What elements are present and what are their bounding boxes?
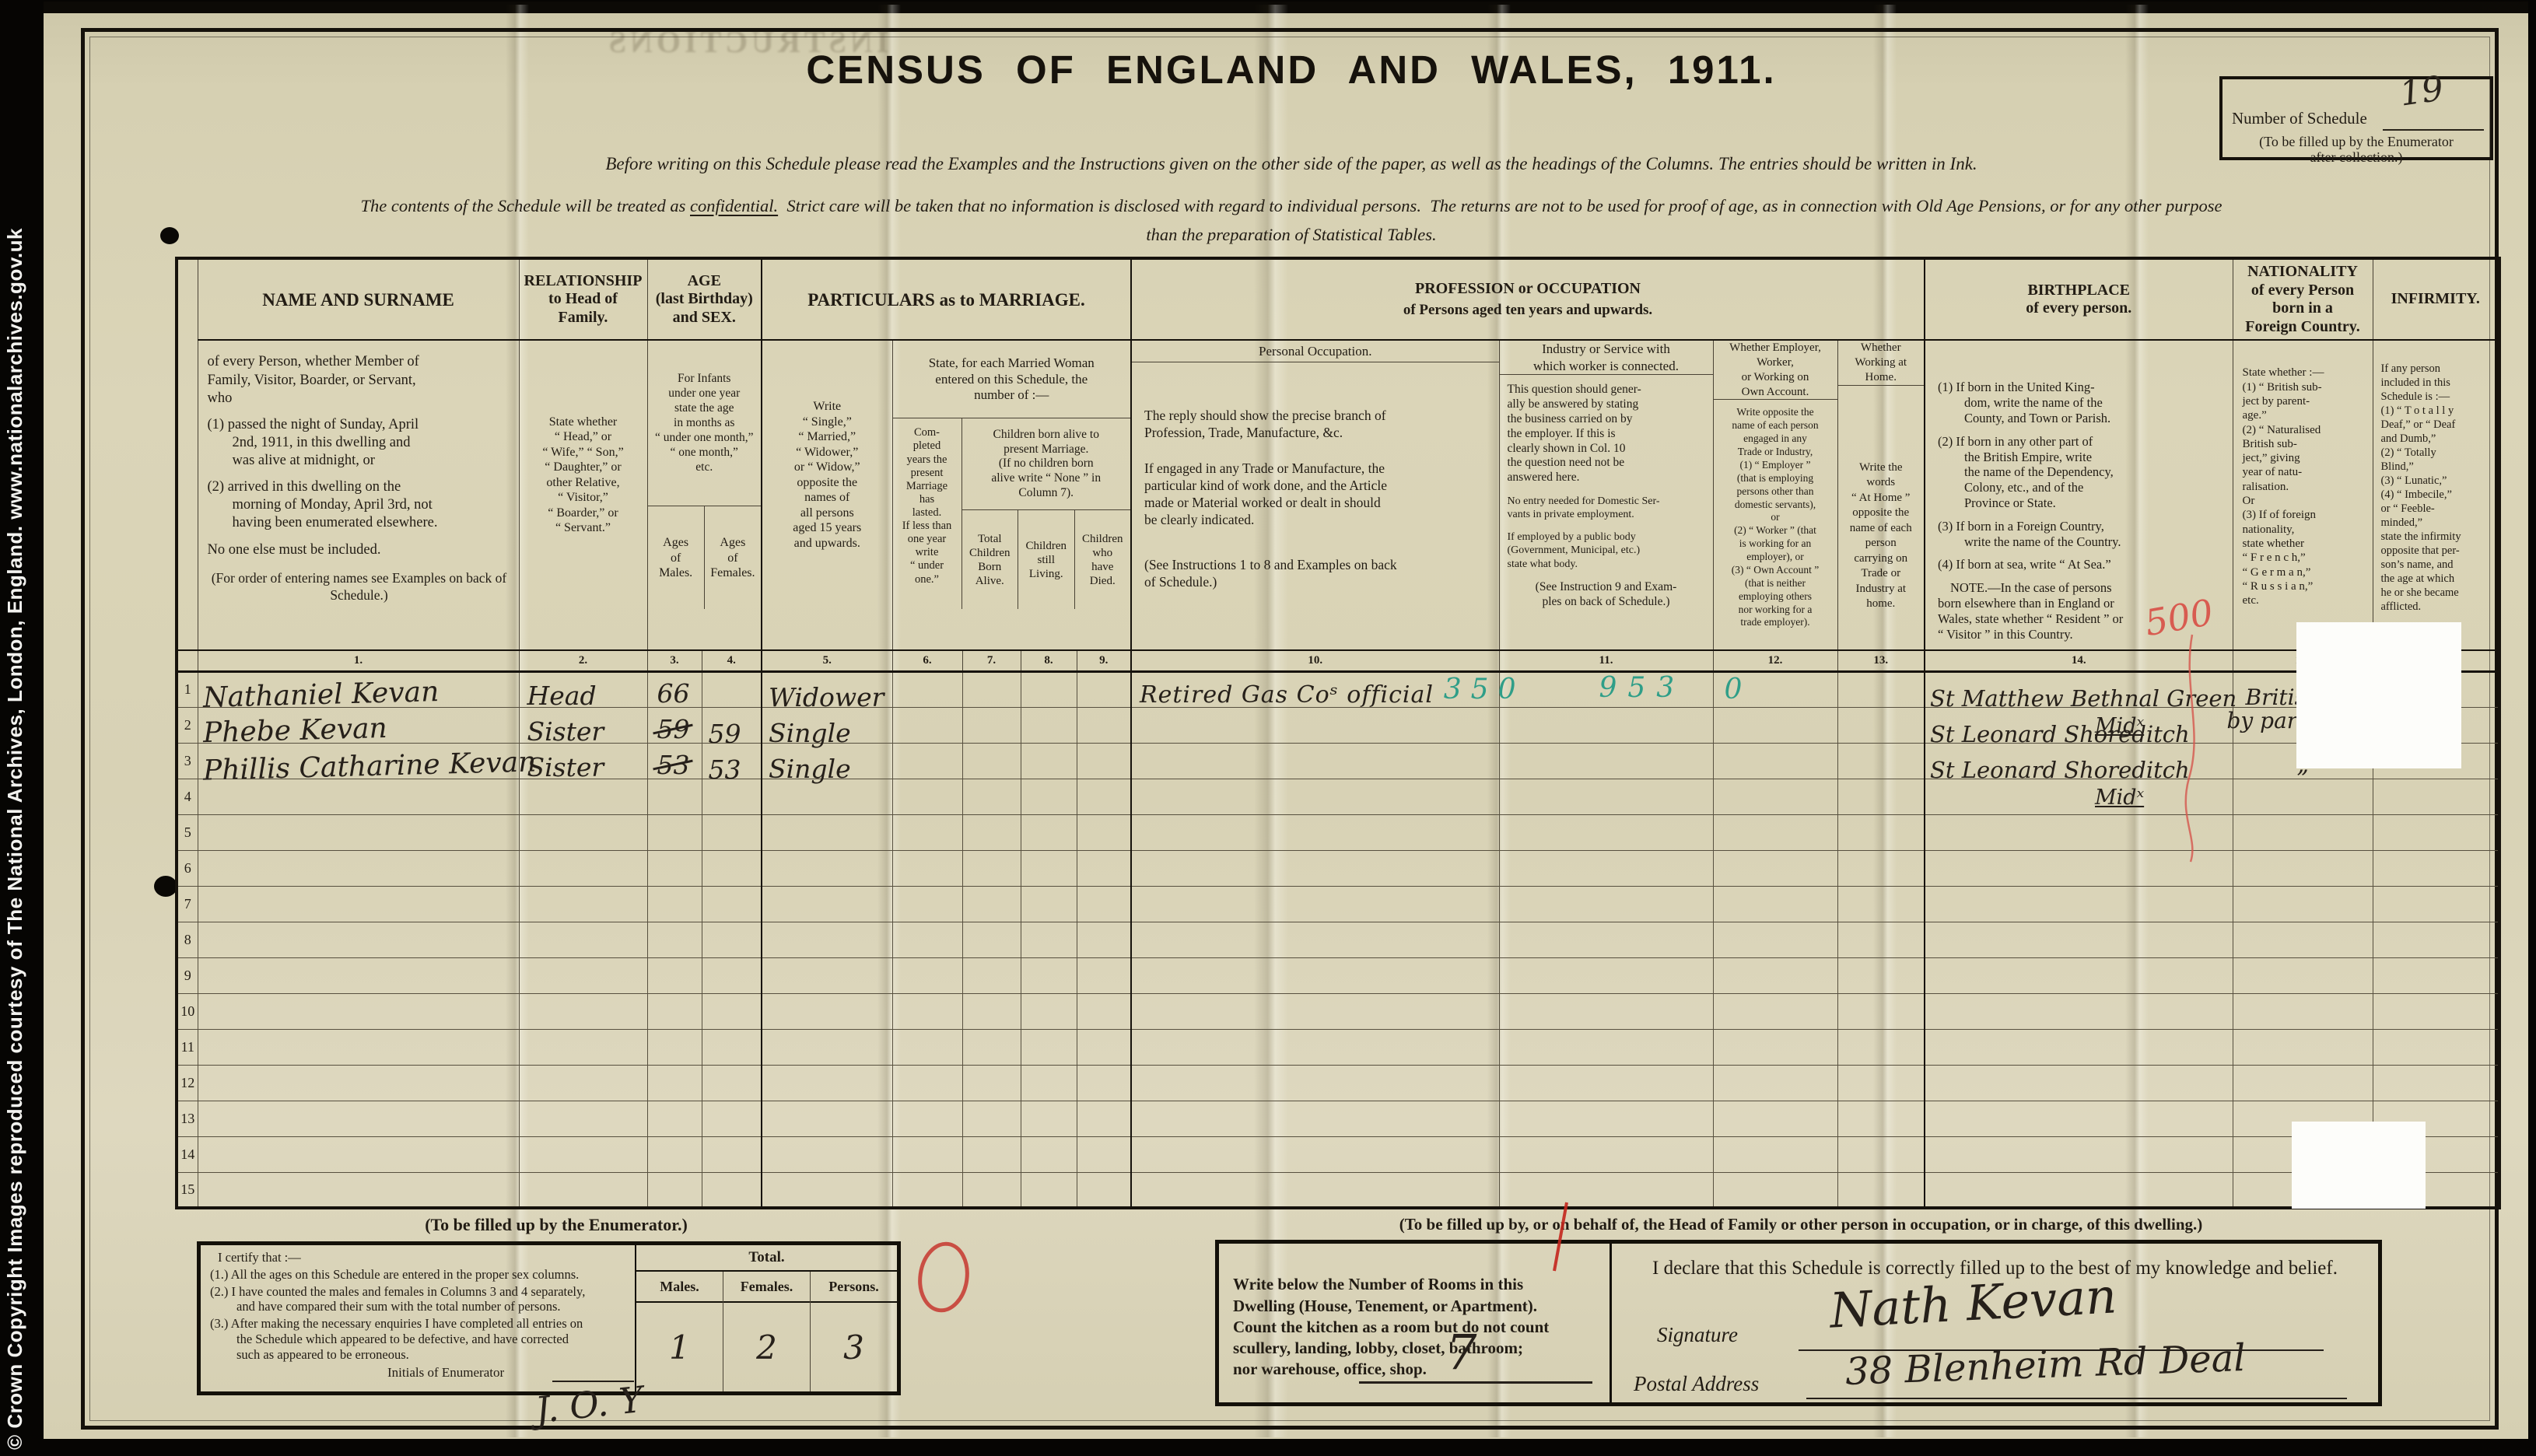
instr-nationality-cell: State whether :— (1) “ British sub- ject… xyxy=(2233,340,2373,650)
blank-patch xyxy=(2292,1122,2426,1209)
cell-age-males xyxy=(647,779,702,814)
cell-infirmity xyxy=(2373,1065,2499,1101)
cell-at-home xyxy=(1837,1101,1925,1136)
cell-children-total xyxy=(962,671,1021,707)
cell-marriage: Single xyxy=(762,707,892,743)
enumerator-section-title: (To be filled up by the Enumerator.) xyxy=(233,1215,879,1235)
header-profession-main: PROFESSION or OCCUPATION xyxy=(1135,280,1921,299)
instr-children-born: Children born alive to present Marriage.… xyxy=(962,418,1131,510)
cell-name xyxy=(198,922,519,957)
cell-relationship xyxy=(519,993,647,1029)
cell-nationality xyxy=(2233,993,2373,1029)
cell-industry xyxy=(1499,707,1713,743)
row-number: 4 xyxy=(177,779,198,814)
handwritten-relationship: Sister xyxy=(527,754,604,780)
cell-age-males xyxy=(647,850,702,886)
cell-children-total xyxy=(962,1065,1021,1101)
cell-name xyxy=(198,1029,519,1065)
cell-children-living xyxy=(1021,957,1077,993)
rooms-instruction: Write below the Number of Rooms in this … xyxy=(1219,1244,1612,1402)
cell-employer xyxy=(1713,957,1837,993)
cell-children-total xyxy=(962,1101,1021,1136)
handwritten-rooms-count: 7 xyxy=(1446,1324,1476,1381)
cell-relationship xyxy=(519,1101,647,1136)
instruction-row: of every Person, whether Member of Famil… xyxy=(177,340,2499,650)
schedule-number-line xyxy=(2383,129,2484,131)
enumerator-box: I certify that :— (1.) All the ages on t… xyxy=(197,1241,901,1395)
declaration-right: I declare that this Schedule is correctl… xyxy=(1612,1244,2378,1402)
instr-birthplace-note: NOTE.—In the case of persons born elsewh… xyxy=(1938,580,2223,642)
instr-marital-cell: Write “ Single,” “ Married,” “ Widower,”… xyxy=(762,340,892,650)
cell-age-males: 66 xyxy=(647,671,702,707)
header-nationality: NATIONALITY of every Person born in a Fo… xyxy=(2233,258,2373,340)
confidential-line-2: than the preparation of Statistical Tabl… xyxy=(124,225,2458,245)
row-number: 5 xyxy=(177,814,198,850)
cell-age-males xyxy=(647,1101,702,1136)
cell-children-died xyxy=(1077,1172,1131,1208)
cell-birthplace xyxy=(1925,814,2233,850)
cell-years-married xyxy=(892,1136,962,1172)
cell-nationality xyxy=(2233,957,2373,993)
cell-children-total xyxy=(962,814,1021,850)
cell-children-living xyxy=(1021,850,1077,886)
cell-children-living xyxy=(1021,922,1077,957)
cell-children-total xyxy=(962,1029,1021,1065)
cell-birthplace xyxy=(1925,1065,2233,1101)
cell-relationship xyxy=(519,957,647,993)
instr-age-cell: For Infants under one year state the age… xyxy=(647,340,762,650)
handwritten-birthplace: St Leonard Shoreditch xyxy=(1930,759,2190,782)
punch-hole xyxy=(154,876,177,897)
declaration-box: Write below the Number of Rooms in this … xyxy=(1215,1240,2382,1406)
instr-industry-p1: This question should gener- ally be answ… xyxy=(1508,383,1705,485)
handwritten-birthplace-county: Midˣ xyxy=(2095,787,2144,808)
colnum: 14. xyxy=(1925,650,2233,671)
cell-age-females xyxy=(702,814,762,850)
colnum: 3. xyxy=(647,650,702,671)
cell-infirmity xyxy=(2373,814,2499,850)
schedule-number-box: Number of Schedule 19 (To be filled up b… xyxy=(2219,76,2493,160)
cell-at-home xyxy=(1837,957,1925,993)
colnum: 1. xyxy=(198,650,519,671)
total-persons-column: Persons. 3 xyxy=(810,1272,897,1391)
cell-marriage xyxy=(762,957,892,993)
instr-occupation-p3: (See Instructions 1 to 8 and Examples on… xyxy=(1144,557,1488,591)
cell-relationship xyxy=(519,1065,647,1101)
cell-at-home xyxy=(1837,814,1925,850)
cell-birthplace xyxy=(1925,779,2233,814)
colnum: 7. xyxy=(962,650,1021,671)
cell-children-died xyxy=(1077,993,1131,1029)
cell-employer xyxy=(1713,1029,1837,1065)
cell-relationship xyxy=(519,1136,647,1172)
instr-employer-label: Whether Employer, Worker, or Working on … xyxy=(1714,341,1837,400)
postal-address-line xyxy=(1806,1398,2347,1399)
cell-children-living xyxy=(1021,1029,1077,1065)
cell-name xyxy=(198,814,519,850)
cell-age-females xyxy=(702,957,762,993)
certify-item-2: (2.) I have counted the males and female… xyxy=(210,1284,629,1315)
instr-employer-cell: Whether Employer, Worker, or Working on … xyxy=(1713,340,1837,650)
occupation-code: 350 xyxy=(1444,676,1525,704)
row-number: 6 xyxy=(177,850,198,886)
cell-industry xyxy=(1499,886,1713,922)
row-number: 7 xyxy=(177,886,198,922)
cell-age-females xyxy=(702,1172,762,1208)
cell-marriage: Widower xyxy=(762,671,892,707)
cell-age-females: 59 xyxy=(702,707,762,743)
postal-address-label: Postal Address xyxy=(1634,1372,1759,1396)
row-number: 13 xyxy=(177,1101,198,1136)
cell-children-died xyxy=(1077,1136,1131,1172)
table-body: 1 Nathaniel Kevan Head 66 Widower Retire… xyxy=(177,671,2499,1208)
cell-occupation xyxy=(1131,1101,1499,1136)
cell-children-total xyxy=(962,1172,1021,1208)
cell-relationship: Sister xyxy=(519,743,647,779)
cell-birthplace: St Matthew Bethnal GreenMidˣ xyxy=(1925,671,2233,707)
instr-name-p1: of every Person, whether Member of Famil… xyxy=(208,353,511,407)
cell-nationality xyxy=(2233,814,2373,850)
cell-birthplace xyxy=(1925,1029,2233,1065)
cell-occupation xyxy=(1131,1029,1499,1065)
census-table: NAME AND SURNAME RELATIONSHIP to Head of… xyxy=(175,257,2501,1209)
signature-label: Signature xyxy=(1657,1323,1738,1347)
cell-industry xyxy=(1499,1172,1713,1208)
cell-children-total xyxy=(962,957,1021,993)
cell-industry xyxy=(1499,993,1713,1029)
handwritten-age-males: 53 xyxy=(657,752,690,778)
cell-name xyxy=(198,886,519,922)
instr-married-woman: State, for each Married Woman entered on… xyxy=(893,341,1131,418)
table-row: 14 xyxy=(177,1136,2499,1172)
handwritten-age-females: 59 xyxy=(709,721,741,747)
instr-children-died: Children who have Died. xyxy=(1074,510,1131,609)
cell-employer xyxy=(1713,886,1837,922)
cell-children-living xyxy=(1021,1136,1077,1172)
table-row: 15 xyxy=(177,1172,2499,1208)
cell-children-total xyxy=(962,850,1021,886)
table-row: 1 Nathaniel Kevan Head 66 Widower Retire… xyxy=(177,671,2499,707)
table-row: 4 xyxy=(177,779,2499,814)
instr-ages-females: Ages of Females. xyxy=(704,506,761,609)
employer-code: 0 xyxy=(1725,676,1743,704)
cell-children-total xyxy=(962,743,1021,779)
cell-children-died xyxy=(1077,1065,1131,1101)
cell-occupation xyxy=(1131,957,1499,993)
cell-relationship: Sister xyxy=(519,707,647,743)
cell-age-males xyxy=(647,1136,702,1172)
certify-intro: I certify that :— xyxy=(210,1250,629,1265)
cell-industry: 953 xyxy=(1499,671,1713,707)
cell-years-married xyxy=(892,922,962,957)
cell-occupation xyxy=(1131,1172,1499,1208)
table-row: 10 xyxy=(177,993,2499,1029)
cell-age-females xyxy=(702,886,762,922)
cell-relationship xyxy=(519,922,647,957)
header-marriage: PARTICULARS as to MARRIAGE. xyxy=(762,258,1131,340)
cell-name xyxy=(198,957,519,993)
cell-birthplace xyxy=(1925,1136,2233,1172)
cell-employer xyxy=(1713,707,1837,743)
cell-marriage xyxy=(762,922,892,957)
cell-children-died xyxy=(1077,1029,1131,1065)
cell-birthplace xyxy=(1925,1101,2233,1136)
instr-infirmity-cell: If any person included in this Schedule … xyxy=(2373,340,2499,650)
instr-occupation-p1: The reply should show the precise branch… xyxy=(1144,408,1488,442)
cell-birthplace: St Leonard Shoreditch xyxy=(1925,707,2233,743)
cell-at-home xyxy=(1837,993,1925,1029)
cell-marriage xyxy=(762,850,892,886)
males-label: Males. xyxy=(636,1272,723,1303)
instr-occupation-label: Personal Occupation. xyxy=(1132,341,1499,362)
header-profession-sub: of Persons aged ten years and upwards. xyxy=(1135,302,1921,319)
census-schedule-page: © Crown Copyright Images reproduced cour… xyxy=(0,0,2536,1456)
cell-age-females xyxy=(702,1101,762,1136)
cell-age-females xyxy=(702,1065,762,1101)
cell-relationship xyxy=(519,1172,647,1208)
cell-years-married xyxy=(892,1029,962,1065)
rooms-line xyxy=(1359,1381,1592,1384)
cell-age-males xyxy=(647,922,702,957)
cell-relationship xyxy=(519,779,647,814)
cell-infirmity xyxy=(2373,779,2499,814)
instr-at-home-cell: Whether Working at Home. Write the words… xyxy=(1837,340,1925,650)
handwritten-females-total: 2 xyxy=(723,1303,810,1391)
schedule-number-note: (To be filled up by the Enumerator after… xyxy=(2223,134,2490,165)
colnum-blank xyxy=(177,650,198,671)
handwritten-persons-total: 3 xyxy=(811,1303,897,1391)
cell-children-total xyxy=(962,922,1021,957)
cell-children-died xyxy=(1077,671,1131,707)
cell-employer xyxy=(1713,1172,1837,1208)
instr-infirmity-body: If any person included in this Schedule … xyxy=(2373,341,2499,614)
cell-marriage xyxy=(762,886,892,922)
instr-occupation-p2: If engaged in any Trade or Manufacture, … xyxy=(1144,460,1488,529)
cell-years-married xyxy=(892,779,962,814)
cell-age-males xyxy=(647,993,702,1029)
cell-age-males: 59 xyxy=(647,707,702,743)
row-number: 2 xyxy=(177,707,198,743)
cell-name: Nathaniel Kevan xyxy=(198,671,519,707)
instr-at-home-body: Write the words “ At Home ” opposite the… xyxy=(1838,386,1925,612)
cell-name xyxy=(198,1172,519,1208)
instr-marriage-detail-cell: State, for each Married Woman entered on… xyxy=(892,340,1131,650)
instr-birthplace-p2: (2) If born in any other part of the Bri… xyxy=(1938,434,2223,511)
handwritten-marriage: Single xyxy=(769,756,851,782)
instr-birthplace-p3: (3) If born in a Foreign Country, write … xyxy=(1938,519,2223,550)
instr-industry-label: Industry or Service with which worker is… xyxy=(1500,341,1713,375)
table-row: 11 xyxy=(177,1029,2499,1065)
row-number-column-header xyxy=(177,258,198,650)
cell-nationality xyxy=(2233,1065,2373,1101)
cell-birthplace: St Leonard ShoreditchMidˣ xyxy=(1925,743,2233,779)
row-number: 11 xyxy=(177,1029,198,1065)
cell-years-married xyxy=(892,850,962,886)
instr-industry-cell: Industry or Service with which worker is… xyxy=(1499,340,1713,650)
cell-employer xyxy=(1713,814,1837,850)
cell-relationship xyxy=(519,1029,647,1065)
form-title: CENSUS OF ENGLAND AND WALES, 1911. xyxy=(591,47,1991,93)
cell-children-living xyxy=(1021,814,1077,850)
handwritten-marriage: Single xyxy=(769,720,851,746)
cell-age-females xyxy=(702,850,762,886)
cell-name xyxy=(198,993,519,1029)
instr-birthplace-p1: (1) If born in the United King- dom, wri… xyxy=(1938,380,2223,425)
cell-children-living xyxy=(1021,993,1077,1029)
cell-children-living xyxy=(1021,1065,1077,1101)
cell-years-married xyxy=(892,814,962,850)
copyright-strip: © Crown Copyright Images reproduced cour… xyxy=(5,6,25,1450)
cell-age-males xyxy=(647,886,702,922)
cell-age-males xyxy=(647,1172,702,1208)
cell-age-males xyxy=(647,957,702,993)
handwritten-age-males: 66 xyxy=(657,681,690,706)
cell-at-home xyxy=(1837,1172,1925,1208)
instr-employer-body: Write opposite the name of each person e… xyxy=(1714,400,1837,629)
instr-relationship-cell: State whether “ Head,” or “ Wife,” “ Son… xyxy=(519,340,647,650)
instr-name-cell: of every Person, whether Member of Famil… xyxy=(198,340,519,650)
instr-name-p2: (1) passed the night of Sunday, April 2n… xyxy=(208,416,511,470)
colnum: 4. xyxy=(702,650,762,671)
persons-label: Persons. xyxy=(811,1272,897,1303)
cell-industry xyxy=(1499,957,1713,993)
instr-name-p4: No one else must be included. xyxy=(208,541,511,559)
cell-relationship xyxy=(519,814,647,850)
cell-children-total xyxy=(962,886,1021,922)
confidential-post: Strict care will be taken that no inform… xyxy=(778,196,2222,215)
cell-at-home xyxy=(1837,779,1925,814)
instr-birthplace-cell: (1) If born in the United King- dom, wri… xyxy=(1925,340,2233,650)
certify-item-1: (1.) All the ages on this Schedule are e… xyxy=(210,1267,629,1283)
cell-children-died xyxy=(1077,1101,1131,1136)
cell-infirmity xyxy=(2373,886,2499,922)
cell-employer xyxy=(1713,993,1837,1029)
cell-industry xyxy=(1499,1136,1713,1172)
cell-marriage xyxy=(762,1101,892,1136)
cell-marriage xyxy=(762,1172,892,1208)
handwritten-name: Nathaniel Kevan xyxy=(202,678,439,712)
colnum: 5. xyxy=(762,650,892,671)
cell-name xyxy=(198,850,519,886)
instr-name-p3: (2) arrived in this dwelling on the morn… xyxy=(208,478,511,532)
cell-at-home xyxy=(1837,1136,1925,1172)
cell-age-males: 53 xyxy=(647,743,702,779)
table-row: 8 xyxy=(177,922,2499,957)
table-row: 3 Phillis Catharine Kevan Sister 53 53 S… xyxy=(177,743,2499,779)
cell-employer xyxy=(1713,1065,1837,1101)
enumerator-certification: I certify that :— (1.) All the ages on t… xyxy=(201,1245,635,1391)
cell-industry xyxy=(1499,743,1713,779)
cell-birthplace xyxy=(1925,957,2233,993)
cell-name xyxy=(198,1101,519,1136)
cell-children-living xyxy=(1021,743,1077,779)
cell-occupation xyxy=(1131,814,1499,850)
instr-completed-years: Com- pleted years the present Marriage h… xyxy=(893,418,962,609)
cell-occupation xyxy=(1131,743,1499,779)
cell-age-females xyxy=(702,671,762,707)
cell-marriage xyxy=(762,1065,892,1101)
table-row: 7 xyxy=(177,886,2499,922)
cell-occupation xyxy=(1131,993,1499,1029)
header-relationship: RELATIONSHIP to Head of Family. xyxy=(519,258,647,340)
cell-name xyxy=(198,1065,519,1101)
handwritten-postal-address: 38 Blenheim Rd Deal xyxy=(1844,1336,2246,1394)
cell-nationality xyxy=(2233,779,2373,814)
cell-children-died xyxy=(1077,957,1131,993)
cell-occupation xyxy=(1131,707,1499,743)
table-row: 5 xyxy=(177,814,2499,850)
cell-years-married xyxy=(892,1101,962,1136)
instr-industry-p2: No entry needed for Domestic Ser- vants … xyxy=(1508,495,1705,521)
cell-children-total xyxy=(962,779,1021,814)
instr-at-home-label: Whether Working at Home. xyxy=(1838,341,1925,385)
cell-relationship: Head xyxy=(519,671,647,707)
row-number: 10 xyxy=(177,993,198,1029)
cell-employer: 0 xyxy=(1713,671,1837,707)
instr-children-total: Total Children Born Alive. xyxy=(962,510,1018,609)
cell-at-home xyxy=(1837,707,1925,743)
cell-at-home xyxy=(1837,886,1925,922)
blank-patch xyxy=(2296,622,2461,768)
cell-at-home xyxy=(1837,1065,1925,1101)
cell-years-married xyxy=(892,993,962,1029)
cell-relationship xyxy=(519,850,647,886)
cell-years-married xyxy=(892,957,962,993)
cell-marriage xyxy=(762,814,892,850)
declaration-section-title: (To be filled up by, or on behalf of, th… xyxy=(1217,1215,2384,1234)
handwritten-occupation: Retired Gas Coˢ official xyxy=(1140,684,1434,707)
cell-children-living xyxy=(1021,671,1077,707)
confidential-word: confidential. xyxy=(690,196,778,215)
column-number-row: 1. 2. 3. 4. 5. 6. 7. 8. 9. 10. 11. 12. 1… xyxy=(177,650,2499,671)
cell-industry xyxy=(1499,850,1713,886)
cell-employer xyxy=(1713,1101,1837,1136)
total-males-column: Males. 1 xyxy=(636,1272,723,1391)
cell-birthplace xyxy=(1925,850,2233,886)
handwritten-males-total: 1 xyxy=(636,1303,723,1391)
cell-nationality xyxy=(2233,850,2373,886)
cell-employer xyxy=(1713,779,1837,814)
confidential-line: The contents of the Schedule will be tre… xyxy=(124,196,2458,216)
cell-children-died xyxy=(1077,743,1131,779)
handwritten-schedule-number: 19 xyxy=(2398,68,2447,114)
colnum: 12. xyxy=(1713,650,1837,671)
cell-children-died xyxy=(1077,814,1131,850)
instr-children-living: Children still Living. xyxy=(1018,510,1074,609)
cell-industry xyxy=(1499,1065,1713,1101)
instr-occupation-cell: Personal Occupation. The reply should sh… xyxy=(1131,340,1499,650)
cell-birthplace xyxy=(1925,922,2233,957)
row-number: 9 xyxy=(177,957,198,993)
instr-name-p5: (For order of entering names see Example… xyxy=(208,570,511,604)
header-infirmity: INFIRMITY. xyxy=(2373,258,2499,340)
table-row: 6 xyxy=(177,850,2499,886)
header-birthplace: BIRTHPLACE of every person. xyxy=(1925,258,2233,340)
cell-infirmity xyxy=(2373,993,2499,1029)
header-name: NAME AND SURNAME xyxy=(198,258,519,340)
row-number: 1 xyxy=(177,671,198,707)
cell-name xyxy=(198,1136,519,1172)
row-number: 15 xyxy=(177,1172,198,1208)
cell-marriage xyxy=(762,993,892,1029)
handwritten-age-males: 59 xyxy=(657,716,690,742)
handwritten-birthplace: St Matthew Bethnal Green xyxy=(1930,688,2237,710)
colnum: 10. xyxy=(1131,650,1499,671)
cell-children-living xyxy=(1021,707,1077,743)
cell-years-married xyxy=(892,886,962,922)
cell-marriage xyxy=(762,1029,892,1065)
rooms-text: Write below the Number of Rooms in this … xyxy=(1233,1275,1549,1378)
